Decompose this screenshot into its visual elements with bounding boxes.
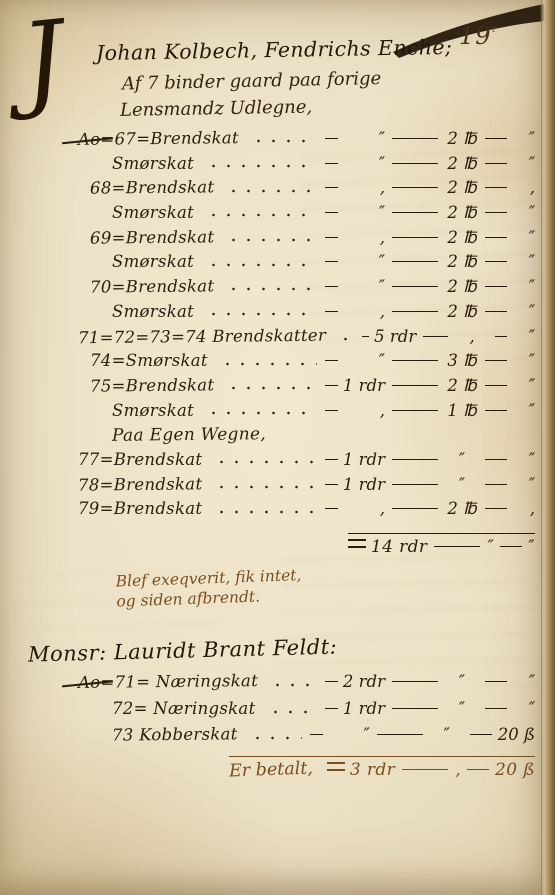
leader-dots bbox=[204, 312, 317, 316]
amount-pund: 2 ℔ bbox=[445, 154, 479, 173]
amount-rdr: ″ bbox=[343, 203, 385, 222]
dash bbox=[485, 508, 507, 509]
dash bbox=[485, 410, 507, 411]
amount-skilling: ″ bbox=[513, 252, 535, 271]
leader-dots bbox=[212, 485, 317, 489]
amount-pund: ″ bbox=[445, 672, 479, 691]
total-amounts: 14 rdr ″ ″ bbox=[348, 533, 535, 557]
dash bbox=[423, 336, 448, 337]
entry-label: Paa Egen Wegne, bbox=[112, 424, 266, 446]
dash bbox=[485, 138, 507, 139]
amount-pund: 2 ℔ bbox=[445, 499, 479, 518]
amount-skilling: , bbox=[513, 499, 535, 518]
ledger-section-laurids-brant: Monsr: Lauridt Brant Feldt: Ao=71= Nærin… bbox=[78, 636, 535, 786]
amount-rdr: 1 rdr bbox=[343, 450, 385, 469]
leader-dots bbox=[204, 213, 317, 217]
amount-pund: ″ bbox=[445, 699, 479, 718]
dash bbox=[392, 286, 438, 287]
dash bbox=[325, 163, 338, 164]
amount-pund: 2 ℔ bbox=[445, 129, 479, 148]
entry-label: 77=Brendskat bbox=[78, 450, 202, 469]
dash bbox=[325, 311, 338, 312]
execution-note: Blef exeqverit, fik intet, og siden afbr… bbox=[115, 562, 376, 611]
ledger-row: 73 Kobberskat″″20 ß bbox=[78, 725, 535, 752]
entry-label: 72= Næringskat bbox=[112, 699, 256, 718]
amount-rdr: , bbox=[343, 499, 385, 518]
dash bbox=[485, 286, 507, 287]
dash bbox=[485, 484, 507, 485]
ledger-row: 69=Brendskat,2 ℔″ bbox=[78, 228, 535, 253]
dash bbox=[392, 385, 438, 386]
dash bbox=[325, 708, 338, 709]
dash bbox=[325, 138, 338, 139]
dash bbox=[434, 546, 480, 547]
leader-dots bbox=[268, 683, 317, 687]
section-total: Er betalt, 3 rdr , 20 ß bbox=[78, 756, 535, 786]
amount-pund: 2 ℔ bbox=[445, 203, 479, 222]
amount-rdr: ″ bbox=[343, 252, 385, 271]
header-line: Lensmandz Udlegne, bbox=[120, 94, 453, 121]
section-total: 14 rdr ″ ″ bbox=[78, 533, 535, 563]
amount-rdr: , bbox=[343, 401, 385, 420]
page-number: 19¹ bbox=[459, 22, 497, 50]
ledger-row: Ao=67=Brendskat″2 ℔″ bbox=[78, 129, 535, 154]
dash bbox=[485, 187, 507, 188]
leader-dots bbox=[224, 287, 317, 291]
total-rdr: 3 rdr bbox=[350, 760, 395, 780]
amount-rdr: ″ bbox=[343, 154, 385, 173]
total-pund: , bbox=[455, 760, 461, 780]
amount-rdr: ″ bbox=[343, 277, 385, 296]
dash bbox=[392, 311, 438, 312]
dash bbox=[377, 734, 423, 735]
dash bbox=[325, 484, 338, 485]
amount-pund: 2 ℔ bbox=[445, 178, 479, 197]
dash bbox=[325, 212, 338, 213]
amount-pund: ″ bbox=[445, 450, 479, 469]
ledger-row: Smørskat,1 ℔″ bbox=[78, 401, 535, 426]
ledger-row: Smørskat,2 ℔″ bbox=[78, 302, 535, 327]
dash bbox=[485, 163, 507, 164]
dash bbox=[392, 212, 438, 213]
amount-skilling: ″ bbox=[513, 401, 535, 420]
dash bbox=[392, 459, 438, 460]
dash bbox=[325, 286, 338, 287]
dash bbox=[467, 769, 489, 770]
ledger-row: 77=Brendskat1 rdr″″ bbox=[78, 450, 535, 475]
leader-dots bbox=[336, 337, 354, 341]
dash bbox=[485, 459, 507, 460]
ledger-row: Smørskat″2 ℔″ bbox=[78, 154, 535, 179]
amount-rdr: ″ bbox=[343, 129, 385, 148]
entry-label: Smørskat bbox=[112, 302, 194, 321]
amount-skilling: ″ bbox=[513, 327, 535, 346]
amount-skilling: ″ bbox=[513, 475, 535, 494]
amount-skilling: ″ bbox=[513, 129, 535, 148]
dash bbox=[392, 484, 438, 485]
dash bbox=[500, 546, 522, 547]
amount-skilling: , bbox=[513, 178, 535, 197]
dash bbox=[485, 261, 507, 262]
entry-header: Johan Kolbech, Fendrichs Enche; Af 7 bin… bbox=[96, 38, 452, 118]
entry-label: Smørskat bbox=[112, 203, 194, 222]
entry-label: 73 Kobberskat bbox=[112, 724, 238, 744]
entry-label: 74=Smørskat bbox=[90, 351, 208, 370]
section-heading: Monsr: Lauridt Brant Feldt: bbox=[28, 629, 535, 666]
dash bbox=[485, 385, 507, 386]
dash bbox=[325, 459, 338, 460]
amount-rdr: 1 rdr bbox=[343, 376, 385, 395]
entry-label: Smørskat bbox=[112, 401, 194, 420]
dash bbox=[325, 508, 338, 509]
dash bbox=[392, 681, 438, 682]
amount-skilling: ″ bbox=[513, 228, 535, 247]
dash bbox=[392, 163, 438, 164]
entry-label: 68=Brendskat bbox=[90, 178, 215, 198]
dash bbox=[325, 410, 338, 411]
leader-dots bbox=[266, 710, 317, 714]
leader-dots bbox=[224, 189, 317, 193]
dash bbox=[392, 708, 438, 709]
ledger-subheading: Paa Egen Wegne, bbox=[78, 425, 535, 450]
dash bbox=[325, 261, 338, 262]
amount-pund: ″ bbox=[445, 475, 479, 494]
dash bbox=[485, 360, 507, 361]
amount-pund: 3 ℔ bbox=[445, 351, 479, 370]
total-skilling: 20 ß bbox=[495, 760, 535, 780]
dash bbox=[402, 769, 448, 770]
amount-pund: 2 ℔ bbox=[445, 277, 479, 296]
amount-skilling: ″ bbox=[513, 277, 535, 296]
amount-skilling: 20 ß bbox=[498, 725, 535, 744]
entry-label: Ao=67=Brendskat bbox=[78, 128, 239, 149]
initial-flourish: J bbox=[17, 6, 69, 114]
page-edge bbox=[540, 0, 555, 895]
entry-label: 70=Brendskat bbox=[90, 276, 215, 296]
dash bbox=[392, 360, 438, 361]
dash bbox=[325, 385, 338, 386]
header-line: Af 7 binder gaard paa forige bbox=[122, 67, 453, 95]
dash bbox=[392, 138, 438, 139]
amount-skilling: ″ bbox=[513, 672, 535, 691]
leader-dots bbox=[249, 139, 317, 143]
header-line: Johan Kolbech, Fendrichs Enche; bbox=[96, 35, 453, 65]
amount-skilling: ″ bbox=[513, 302, 535, 321]
amount-rdr: , bbox=[343, 178, 385, 197]
amount-pund: , bbox=[455, 327, 489, 346]
ledger-row: 79=Brendskat,2 ℔, bbox=[78, 499, 535, 524]
dash bbox=[485, 708, 507, 709]
ledger-rows: Ao=71= Næringskat2 rdr″″72= Næringskat1 … bbox=[78, 672, 535, 752]
amount-pund: 2 ℔ bbox=[445, 228, 479, 247]
leader-dots bbox=[218, 362, 317, 366]
total-rdr: 14 rdr bbox=[371, 537, 428, 557]
amount-rdr: , bbox=[343, 228, 385, 247]
ledger-row: 68=Brendskat,2 ℔, bbox=[78, 178, 535, 203]
amount-skilling: ″ bbox=[513, 203, 535, 222]
amount-rdr: ″ bbox=[343, 351, 385, 370]
ledger-row: Ao=71= Næringskat2 rdr″″ bbox=[78, 672, 535, 699]
dash bbox=[310, 734, 323, 735]
entry-label: 75=Brendskat bbox=[90, 375, 215, 395]
entry-label: 69=Brendskat bbox=[90, 227, 215, 247]
amount-skilling: ″ bbox=[513, 376, 535, 395]
dash bbox=[362, 336, 369, 337]
ledger-row: 75=Brendskat1 rdr2 ℔″ bbox=[78, 376, 535, 401]
ledger-row: 71=72=73=74 Brendskatter5 rdr,″ bbox=[78, 327, 535, 352]
amount-pund: ″ bbox=[430, 725, 464, 744]
entry-label: Smørskat bbox=[112, 252, 194, 271]
amount-pund: 1 ℔ bbox=[445, 401, 479, 420]
dash bbox=[392, 508, 438, 509]
dash bbox=[495, 336, 507, 337]
entry-label: 78=Brendskat bbox=[78, 474, 203, 494]
leader-dots bbox=[248, 736, 302, 740]
amount-skilling: ″ bbox=[513, 450, 535, 469]
leader-dots bbox=[204, 263, 317, 267]
double-dash-icon bbox=[348, 539, 366, 548]
total-amounts: Er betalt, 3 rdr , 20 ß bbox=[229, 756, 535, 780]
dash bbox=[392, 261, 438, 262]
ledger-row: 74=Smørskat″3 ℔″ bbox=[78, 351, 535, 376]
ledger-row: 70=Brendskat″2 ℔″ bbox=[78, 277, 535, 302]
amount-rdr: 1 rdr bbox=[343, 699, 385, 718]
total-skilling: ″ bbox=[528, 537, 535, 557]
dash bbox=[325, 237, 338, 238]
ledger-row: 72= Næringskat1 rdr″″ bbox=[78, 699, 535, 726]
leader-dots bbox=[212, 510, 317, 514]
amount-pund: 2 ℔ bbox=[445, 302, 479, 321]
dash bbox=[470, 734, 492, 735]
entry-label: Ao=71= Næringskat bbox=[78, 671, 258, 692]
dash bbox=[325, 187, 338, 188]
amount-skilling: ″ bbox=[513, 351, 535, 370]
dash bbox=[485, 212, 507, 213]
dash bbox=[392, 410, 438, 411]
amount-rdr: 5 rdr bbox=[374, 327, 416, 346]
entry-label: 79=Brendskat bbox=[78, 499, 202, 518]
amount-skilling: ″ bbox=[513, 699, 535, 718]
total-label: Er betalt, bbox=[229, 758, 314, 781]
amount-rdr: 1 rdr bbox=[343, 475, 385, 494]
dash bbox=[392, 237, 438, 238]
amount-rdr: , bbox=[343, 302, 385, 321]
ledger-row: 78=Brendskat1 rdr″″ bbox=[78, 475, 535, 500]
section1-total-area: 14 rdr ″ ″ Blef exeqverit, fik intet, og… bbox=[78, 533, 535, 607]
total-pund: ″ bbox=[487, 537, 494, 557]
dash bbox=[325, 360, 338, 361]
amount-pund: 2 ℔ bbox=[445, 376, 479, 395]
amount-skilling: ″ bbox=[513, 154, 535, 173]
ledger-row: Smørskat″2 ℔″ bbox=[78, 252, 535, 277]
amount-rdr: 2 rdr bbox=[343, 672, 385, 691]
leader-dots bbox=[212, 460, 317, 464]
dash bbox=[485, 311, 507, 312]
dash bbox=[392, 187, 438, 188]
amount-rdr: ″ bbox=[328, 725, 370, 744]
ledger-section-johan-kolbech: Ao=67=Brendskat″2 ℔″Smørskat″2 ℔″68=Bren… bbox=[78, 129, 535, 524]
leader-dots bbox=[224, 238, 317, 242]
manuscript-page: 19¹ J Johan Kolbech, Fendrichs Enche; Af… bbox=[0, 0, 555, 895]
entry-label: 71=72=73=74 Brendskatter bbox=[78, 325, 326, 347]
dash bbox=[485, 681, 507, 682]
leader-dots bbox=[204, 164, 317, 168]
page-number-mark: ¹ bbox=[492, 25, 497, 38]
ledger-row: Smørskat″2 ℔″ bbox=[78, 203, 535, 228]
dash bbox=[485, 237, 507, 238]
leader-dots bbox=[224, 386, 317, 390]
dash bbox=[325, 681, 338, 682]
double-dash-icon bbox=[327, 762, 345, 771]
amount-pund: 2 ℔ bbox=[445, 252, 479, 271]
entry-label: Smørskat bbox=[112, 154, 194, 173]
leader-dots bbox=[204, 411, 317, 415]
